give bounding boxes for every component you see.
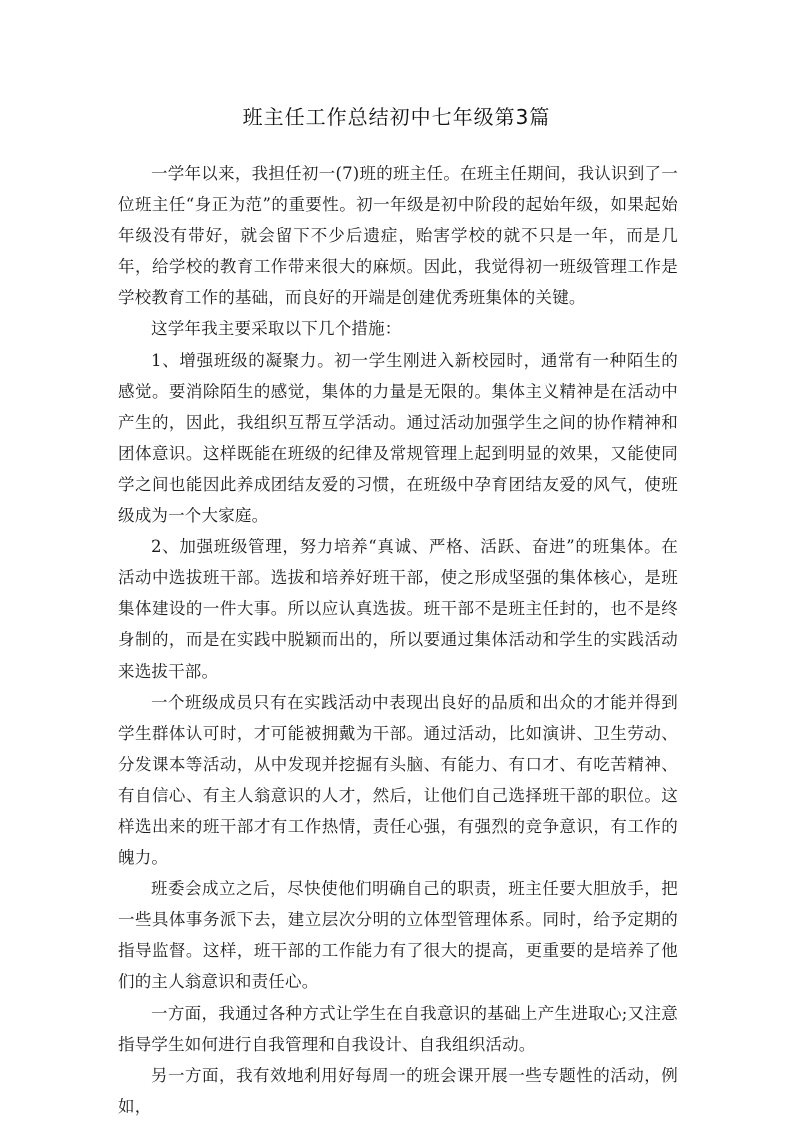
paragraph-class-committee: 班委会成立之后，尽快使他们明确自己的职责，班主任要大胆放手，把一些具体事务派下去…	[118, 873, 678, 997]
paragraph-measures-intro: 这学年我主要采取以下几个措施：	[118, 313, 678, 344]
paragraph-one-aspect: 一方面，我通过各种方式让学生在自我意识的基础上产生进取心;又注意指导学生如何进行…	[118, 998, 678, 1060]
paragraph-measure-1: 1、增强班级的凝聚力。初一学生刚进入新校园时，通常有一种陌生的感觉。要消除陌生的…	[118, 345, 678, 532]
document-body: 一学年以来，我担任初一(7)班的班主任。在班主任期间，我认识到了一位班主任“身正…	[118, 158, 678, 1122]
document-title: 班主任工作总结初中七年级第3篇	[0, 103, 793, 131]
document-page: 班主任工作总结初中七年级第3篇 一学年以来，我担任初一(7)班的班主任。在班主任…	[0, 0, 793, 1122]
paragraph-intro: 一学年以来，我担任初一(7)班的班主任。在班主任期间，我认识到了一位班主任“身正…	[118, 158, 678, 313]
paragraph-measure-2: 2、加强班级管理，努力培养“真诚、严格、活跃、奋进”的班集体。在活动中选拔班干部…	[118, 531, 678, 686]
paragraph-other-aspect: 另一方面，我有效地利用好每周一的班会课开展一些专题性的活动，例如，	[118, 1060, 678, 1122]
paragraph-cadre-selection: 一个班级成员只有在实践活动中表现出良好的品质和出众的才能并得到学生群体认可时，才…	[118, 687, 678, 874]
